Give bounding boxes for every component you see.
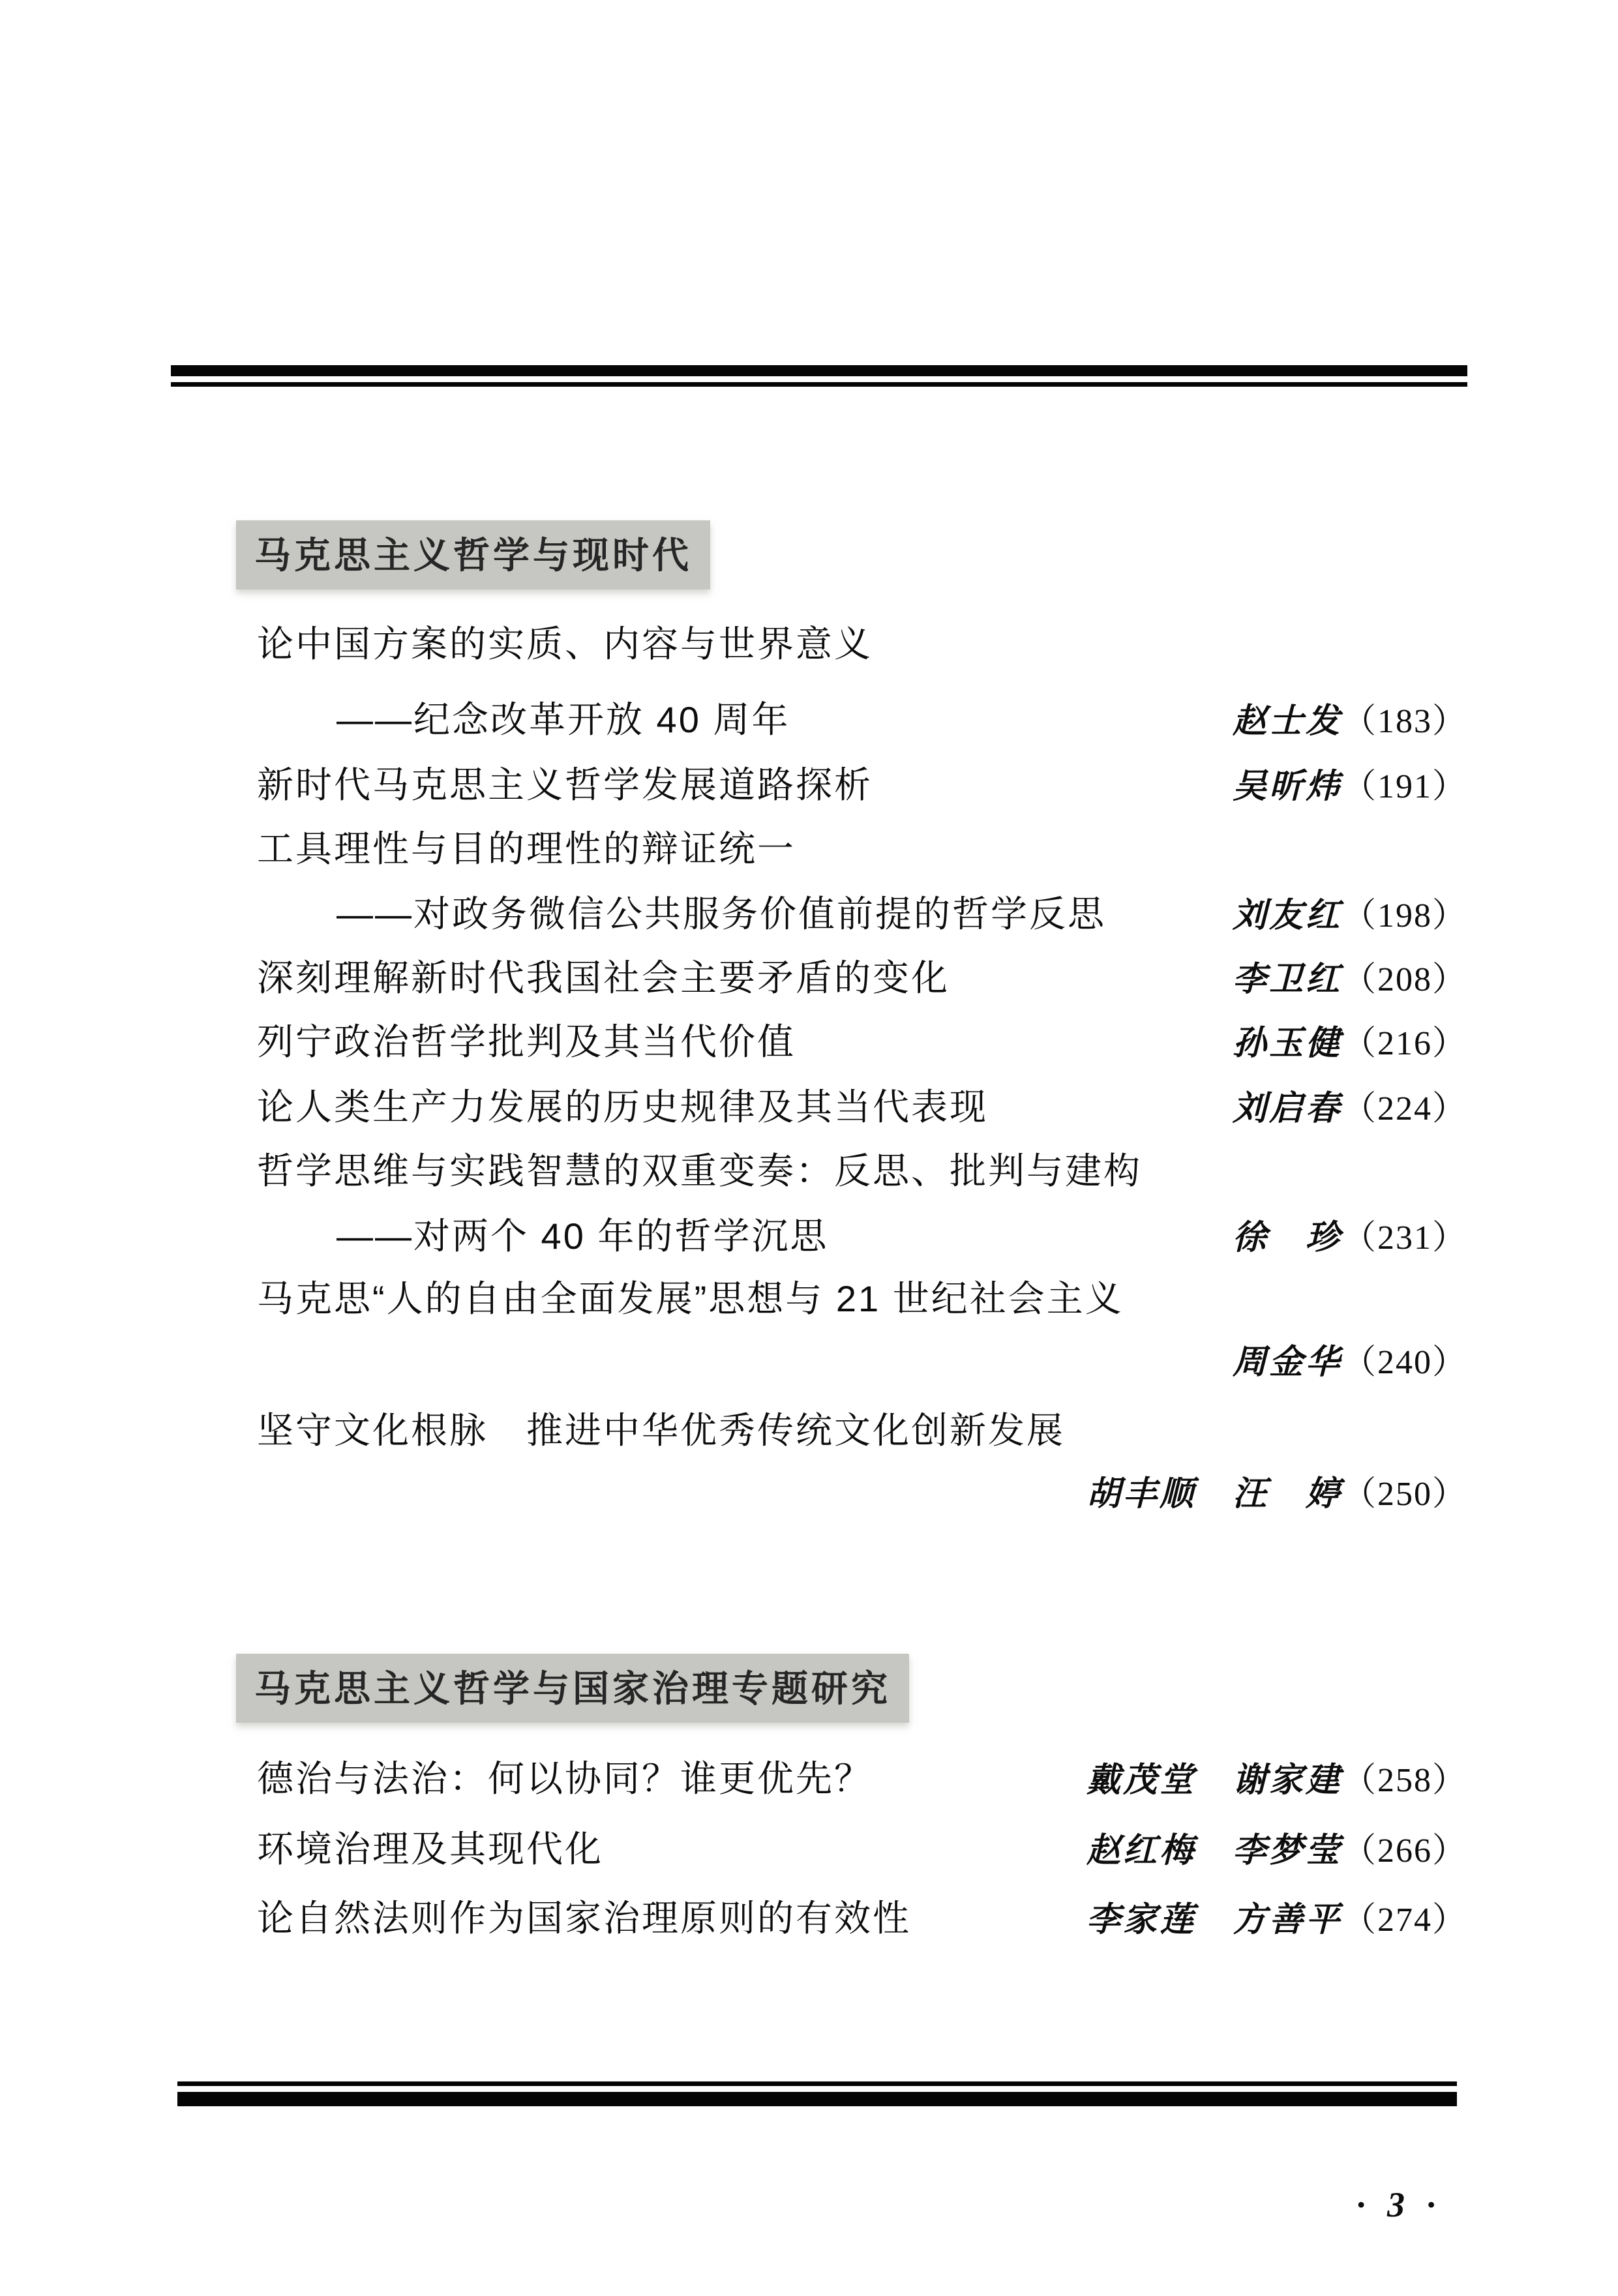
entry-byline: 赵士发（183） (1233, 705, 1467, 739)
toc-entry: 论中国方案的实质、内容与世界意义 (257, 626, 1467, 663)
toc-entry: ——对政务微信公共服务价值前提的哲学反思 刘友红（198） (257, 896, 1467, 933)
entry-byline: 吴昕炜（191） (1233, 770, 1467, 804)
section-header-marxist-philosophy-and-contemporary-era: 马克思主义哲学与现时代 (236, 520, 710, 589)
entry-byline: 李家莲 方善平（274） (1086, 1903, 1467, 1937)
entry-authors: 吴昕炜 (1233, 768, 1342, 805)
entry-title: 新时代马克思主义哲学发展道路探析 (257, 767, 873, 803)
entry-byline: 胡丰顺 汪 婷（250） (1086, 1478, 1467, 1512)
entry-page-number: （274） (1342, 1901, 1467, 1939)
toc-entry: 环境治理及其现代化 赵红梅 李梦莹（266） (257, 1831, 1467, 1868)
entry-byline: 李卫红（208） (1233, 963, 1467, 997)
entry-title: 工具理性与目的理性的辩证统一 (257, 831, 796, 867)
entry-page-number: （231） (1342, 1219, 1467, 1257)
toc-entry: 哲学思维与实践智慧的双重变奏：反思、批判与建构 (257, 1153, 1467, 1189)
entry-byline: 刘启春（224） (1233, 1092, 1467, 1126)
toc-entry: 马克思“人的自由全面发展”思想与 21 世纪社会主义 (257, 1281, 1467, 1317)
toc-entry: 德治与法治：何以协同？谁更优先？ 戴茂堂 谢家建（258） (257, 1761, 1467, 1798)
entry-byline: 赵红梅 李梦莹（266） (1086, 1834, 1467, 1868)
entry-title: 坚守文化根脉 推进中华优秀传统文化创新发展 (257, 1412, 1065, 1449)
entry-subtitle: ——对政务微信公共服务价值前提的哲学反思 (257, 896, 1106, 932)
entry-title: 论中国方案的实质、内容与世界意义 (257, 626, 873, 663)
bottom-rule-gap (177, 2086, 1457, 2092)
entry-byline: 徐 珍（231） (1233, 1221, 1467, 1255)
entry-byline: 戴茂堂 谢家建（258） (1086, 1764, 1467, 1798)
toc-entry: ——对两个 40 年的哲学沉思 徐 珍（231） (257, 1218, 1467, 1255)
section-header-marxist-philosophy-and-state-governance: 马克思主义哲学与国家治理专题研究 (236, 1654, 909, 1723)
toc-entry: 论人类生产力发展的历史规律及其当代表现 刘启春（224） (257, 1089, 1467, 1126)
entry-authors: 孙玉健 (1233, 1025, 1342, 1062)
toc-entry: 坚守文化根脉 推进中华优秀传统文化创新发展 (257, 1412, 1467, 1449)
toc-entry: 论自然法则作为国家治理原则的有效性 李家莲 方善平（274） (257, 1900, 1467, 1937)
toc-entry: 新时代马克思主义哲学发展道路探析 吴昕炜（191） (257, 767, 1467, 804)
entry-authors: 胡丰顺 汪 婷 (1086, 1476, 1342, 1513)
toc-entry: 列宁政治哲学批判及其当代价值 孙玉健（216） (257, 1024, 1467, 1061)
entry-authors: 李卫红 (1233, 961, 1342, 998)
entry-title: 列宁政治哲学批判及其当代价值 (257, 1024, 796, 1060)
bottom-double-rule (177, 2081, 1457, 2106)
toc-entry-continuation: 胡丰顺 汪 婷（250） (257, 1478, 1467, 1512)
entry-byline: 刘友红（198） (1233, 899, 1467, 933)
entry-authors: 刘友红 (1233, 897, 1342, 934)
entry-authors: 戴茂堂 谢家建 (1086, 1762, 1342, 1799)
entry-title: 马克思“人的自由全面发展”思想与 21 世纪社会主义 (257, 1281, 1124, 1317)
entry-subtitle: ——纪念改革开放 40 周年 (257, 702, 790, 738)
entry-byline: 周金华（240） (1233, 1346, 1467, 1380)
entry-authors: 赵士发 (1233, 703, 1342, 740)
entry-page-number: （250） (1342, 1476, 1467, 1513)
entry-title: 深刻理解新时代我国社会主要矛盾的变化 (257, 960, 950, 996)
entry-title: 环境治理及其现代化 (257, 1831, 603, 1868)
entry-title: 论人类生产力发展的历史规律及其当代表现 (257, 1089, 988, 1126)
bottom-rule-thin-bar (177, 2081, 1457, 2086)
entry-title: 哲学思维与实践智慧的双重变奏：反思、批判与建构 (257, 1153, 1142, 1189)
toc-entry: ——纪念改革开放 40 周年 赵士发（183） (257, 702, 1467, 739)
entry-authors: 李家莲 方善平 (1086, 1901, 1342, 1939)
bottom-rule-thick-bar (177, 2092, 1457, 2106)
top-rule-thin-bar (171, 382, 1467, 387)
entry-page-number: （266） (1342, 1832, 1467, 1870)
page-number: · 3 · (1356, 2184, 1442, 2225)
toc-entry-continuation: 周金华（240） (257, 1346, 1467, 1380)
entry-byline: 孙玉健（216） (1233, 1027, 1467, 1061)
toc-entry: 工具理性与目的理性的辩证统一 (257, 831, 1467, 867)
entry-page-number: （191） (1342, 768, 1467, 805)
entry-title: 德治与法治：何以协同？谁更优先？ (257, 1761, 873, 1797)
entry-authors: 赵红梅 李梦莹 (1086, 1832, 1342, 1870)
entry-page-number: （208） (1342, 961, 1467, 998)
entry-page-number: （183） (1342, 703, 1467, 740)
top-rule-thick-bar (171, 365, 1467, 376)
entry-page-number: （198） (1342, 897, 1467, 934)
entry-page-number: （240） (1342, 1344, 1467, 1381)
top-rule-gap (171, 376, 1467, 382)
toc-page: 马克思主义哲学与现时代 论中国方案的实质、内容与世界意义 ——纪念改革开放 40… (0, 0, 1618, 2296)
entry-page-number: （216） (1342, 1025, 1467, 1062)
entry-subtitle: ——对两个 40 年的哲学沉思 (257, 1218, 828, 1255)
entry-title: 论自然法则作为国家治理原则的有效性 (257, 1900, 911, 1937)
entry-page-number: （258） (1342, 1762, 1467, 1799)
entry-authors: 徐 珍 (1233, 1219, 1342, 1257)
toc-entry: 深刻理解新时代我国社会主要矛盾的变化 李卫红（208） (257, 960, 1467, 997)
top-double-rule (171, 365, 1467, 387)
entry-authors: 周金华 (1233, 1344, 1342, 1381)
entry-authors: 刘启春 (1233, 1090, 1342, 1127)
entry-page-number: （224） (1342, 1090, 1467, 1127)
